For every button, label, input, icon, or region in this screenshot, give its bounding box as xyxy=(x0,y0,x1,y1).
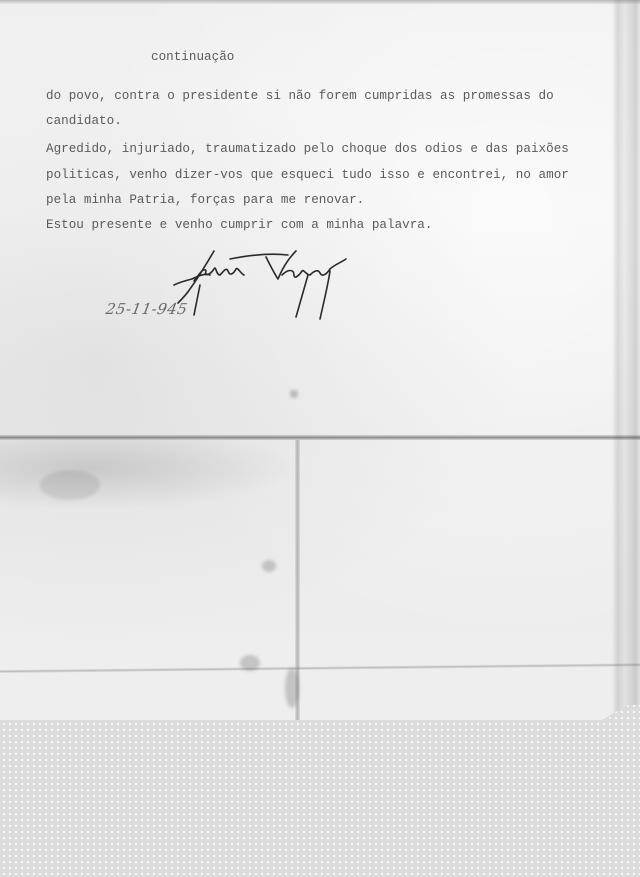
handwritten-date: 25-11-945 xyxy=(104,300,189,318)
right-fold-crease xyxy=(612,0,640,720)
paper-top-edge xyxy=(0,0,640,4)
handwritten-signature xyxy=(170,245,370,325)
continuation-heading: continuação xyxy=(151,51,234,64)
letter-line-4: politicas, venho dizer-vos que esqueci t… xyxy=(46,169,569,182)
stain-mark xyxy=(285,668,299,708)
letter-line-5: pela minha Patria, forças para me renova… xyxy=(46,194,364,207)
stain-mark xyxy=(290,390,298,398)
stain-mark xyxy=(240,655,260,671)
stain-mark xyxy=(262,560,276,572)
letter-line-6: Estou presente e venho cumprir com a min… xyxy=(46,219,432,232)
letter-line-3: Agredido, injuriado, traumatizado pelo c… xyxy=(46,143,569,156)
letter-line-1: do povo, contra o presidente si não fore… xyxy=(46,90,554,103)
scanned-letter-page: continuação do povo, contra o presidente… xyxy=(0,0,640,720)
lower-fold-crease xyxy=(0,663,640,673)
stain-mark xyxy=(40,470,100,500)
letter-line-2: candidato. xyxy=(46,115,122,128)
